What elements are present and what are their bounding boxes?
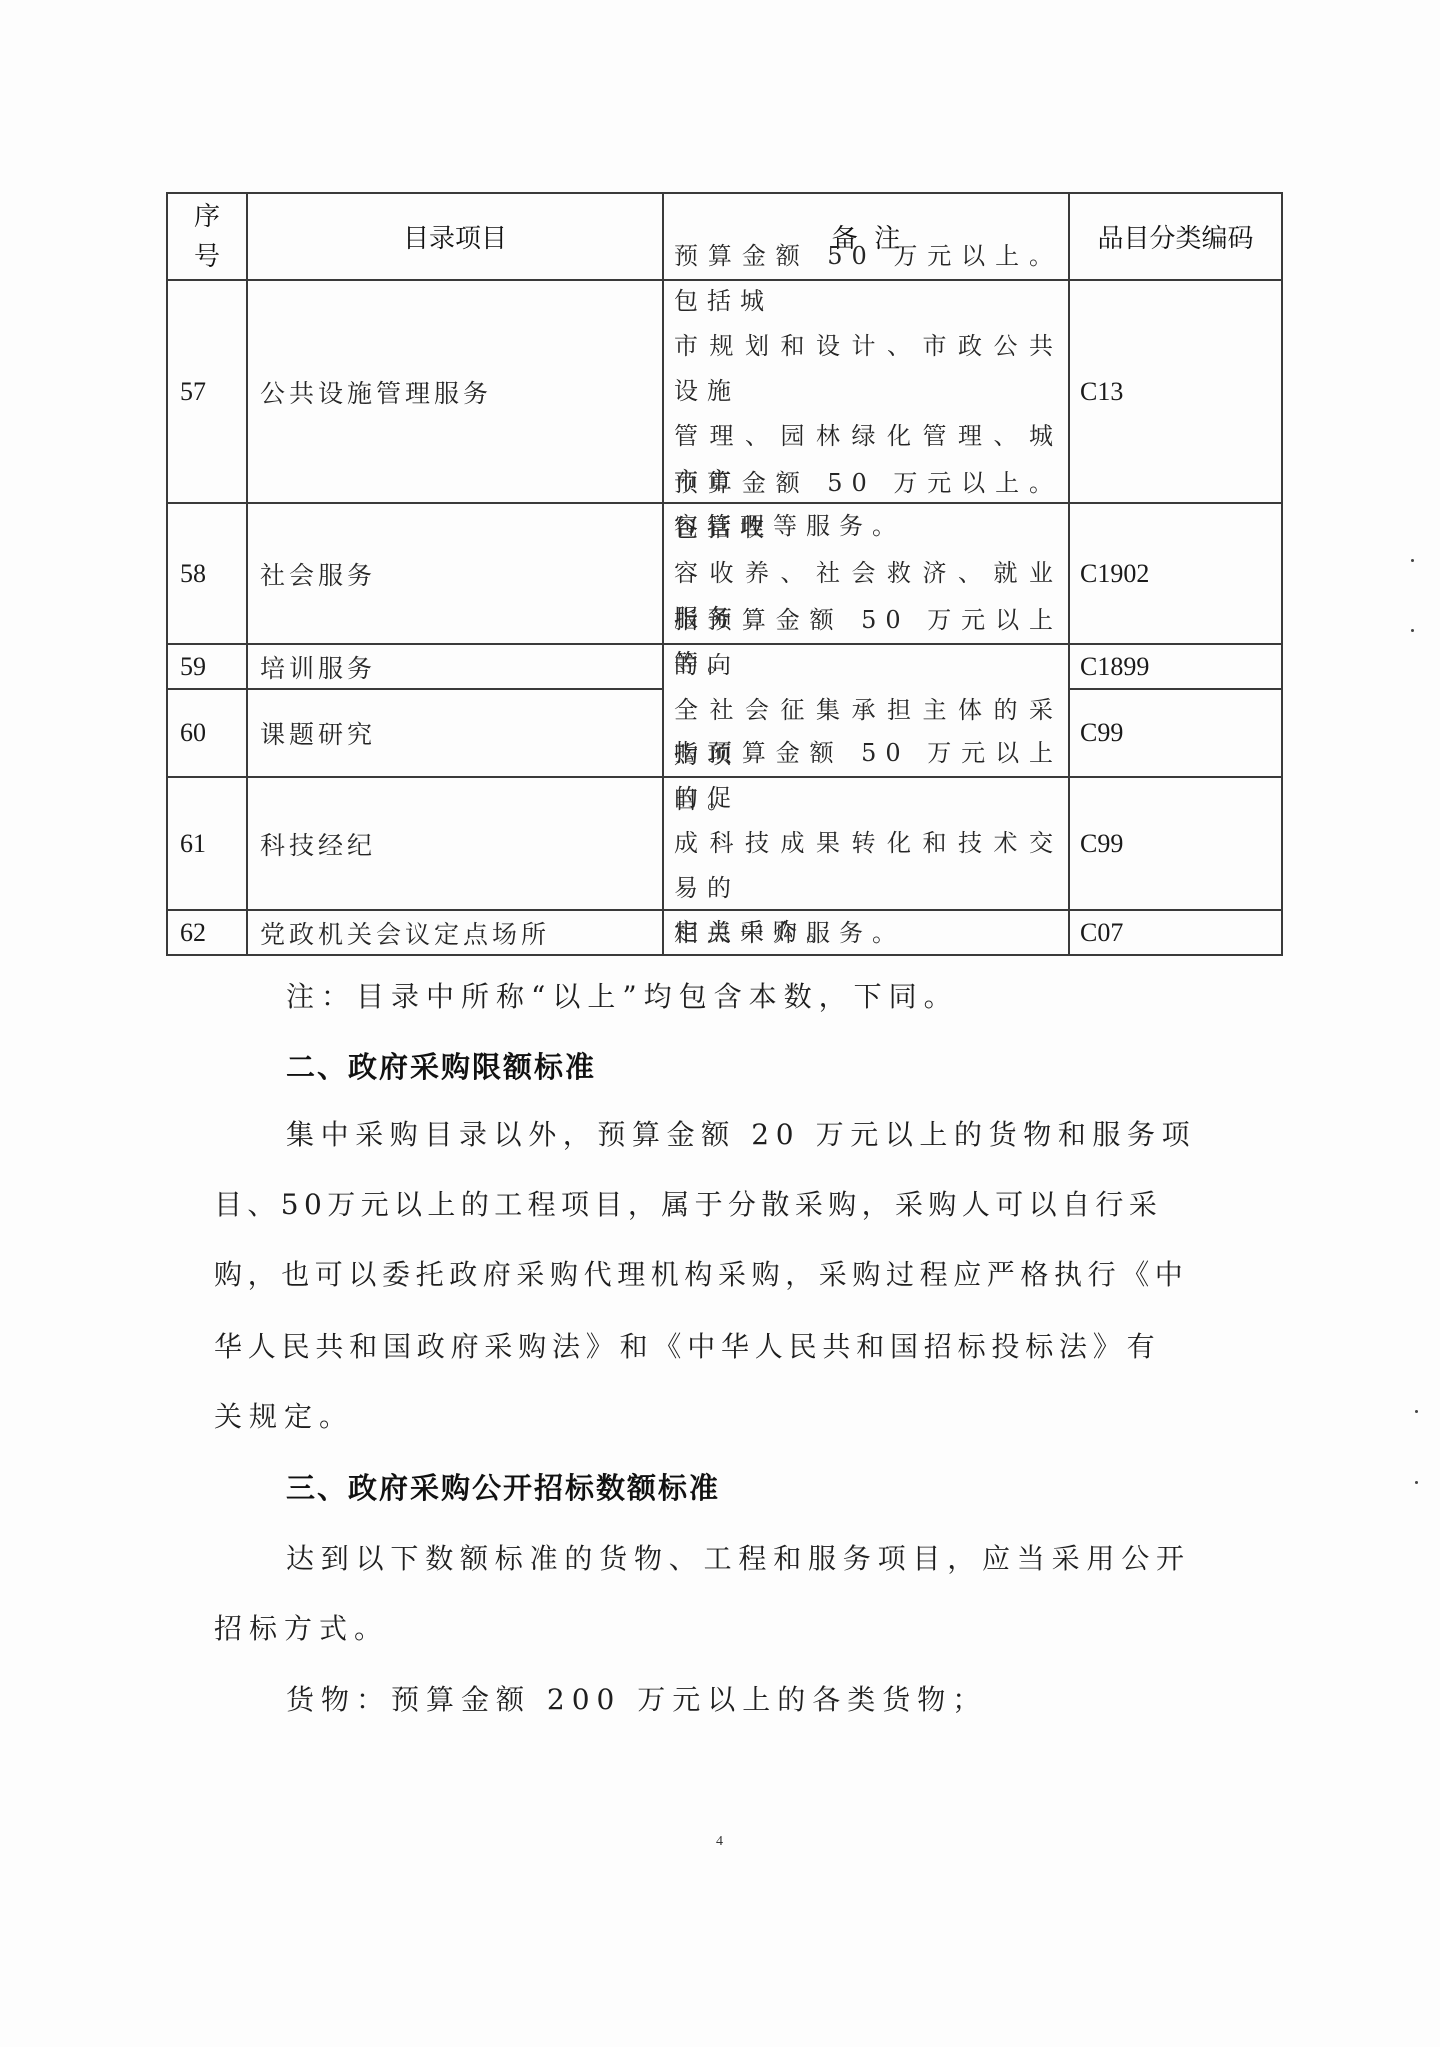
scan-speck — [1415, 1481, 1418, 1484]
document-page: 序 号 目录项目 备 注 品目分类编码 57 公共设施管理服务 预算金额 50 … — [0, 0, 1440, 2047]
section-3-goods-threshold: 货物：预算金额 200 万元以上的各类货物； — [286, 1682, 987, 1718]
scan-speck — [1415, 1410, 1418, 1413]
remark-line: 成科技成果转化和技术交易的 — [674, 821, 1062, 911]
scan-speck — [1411, 559, 1414, 562]
section-2-paragraph-line: 目、50万元以上的工程项目，属于分散采购，采购人可以自行采 — [214, 1187, 1162, 1223]
table-footnote: 注：目录中所称“以上”均包含本数，下同。 — [286, 979, 959, 1015]
section-2-paragraph-line: 关规定。 — [214, 1399, 354, 1435]
section-2-paragraph-line: 华人民共和国政府采购法》和《中华人民共和国招标投标法》有 — [214, 1329, 1160, 1365]
table-row-59-item: 培训服务 — [248, 645, 662, 688]
scan-speck — [1411, 629, 1414, 632]
table-row-57-code: C13 — [1070, 281, 1281, 502]
table-row-60-item: 课题研究 — [248, 690, 662, 776]
table-row-58-seq: 58 — [168, 504, 246, 643]
procurement-catalog-table: 序 号 目录项目 备 注 品目分类编码 57 公共设施管理服务 预算金额 50 … — [166, 192, 1283, 955]
remark-line: 市规划和设计、市政公共设施 — [674, 324, 1062, 414]
table-row-61-item: 科技经纪 — [248, 778, 662, 909]
table-row-60-seq: 60 — [168, 690, 246, 776]
remark-line: 指预算金额 50 万元以上的促 — [674, 731, 1062, 821]
remark-line: 预算金额 50 万元以上。包括收 — [674, 461, 1062, 551]
table-row-62-seq: 62 — [168, 911, 246, 954]
table-row-61-remark: 指预算金额 50 万元以上的促 成科技成果转化和技术交易的 相关中介服务。 — [664, 778, 1068, 909]
remark-line: 定点采购。 — [674, 910, 839, 955]
section-2-paragraph-line: 集中采购目录以外，预算金额 20 万元以上的货物和服务项 — [286, 1117, 1196, 1153]
header-code-label: 品目分类编码 — [1097, 218, 1253, 255]
header-seq: 序 号 — [168, 194, 246, 279]
section-2-heading: 二、政府采购限额标准 — [286, 1049, 596, 1085]
header-seq-char1: 序 — [194, 197, 220, 237]
table-row-58-code: C1902 — [1070, 504, 1281, 643]
table-row-62-item: 党政机关会议定点场所 — [248, 911, 662, 954]
table-row-61-seq: 61 — [168, 778, 246, 909]
remark-line: 指预算金额 50 万元以上的向 — [674, 598, 1062, 688]
table-row-59-seq: 59 — [168, 645, 246, 688]
remark-line: 预算金额 50 万元以上。包括城 — [674, 234, 1062, 324]
section-2-paragraph-line: 购，也可以委托政府采购代理机构采购，采购过程应严格执行《中 — [214, 1257, 1188, 1293]
header-code: 品目分类编码 — [1070, 194, 1281, 279]
header-item-label: 目录项目 — [403, 218, 507, 255]
section-3-heading: 三、政府采购公开招标数额标准 — [286, 1470, 720, 1506]
header-item: 目录项目 — [248, 194, 662, 279]
table-row-57-seq: 57 — [168, 281, 246, 502]
table-row-59-code: C1899 — [1070, 645, 1281, 688]
table-row-61-code: C99 — [1070, 778, 1281, 909]
table-border-right — [1281, 192, 1283, 956]
section-3-paragraph-line: 招标方式。 — [214, 1611, 389, 1647]
table-row-58-item: 社会服务 — [248, 504, 662, 643]
section-3-paragraph-line: 达到以下数额标准的货物、工程和服务项目，应当采用公开 — [286, 1541, 1191, 1577]
table-row-60-code: C99 — [1070, 690, 1281, 776]
table-row-57-item: 公共设施管理服务 — [248, 281, 662, 502]
table-row-62-remark: 定点采购。 — [664, 911, 1068, 954]
page-number: 4 — [716, 1834, 723, 1850]
table-row-62-code: C07 — [1070, 911, 1281, 954]
header-seq-char2: 号 — [194, 237, 220, 277]
